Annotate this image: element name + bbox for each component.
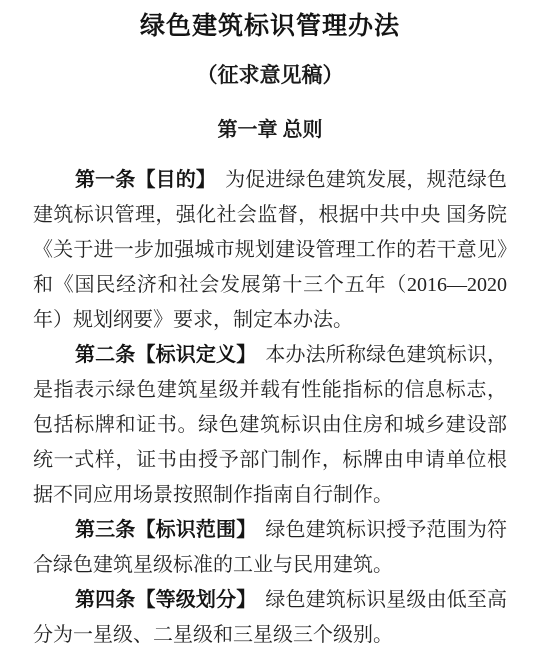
- document-body: 第一条【目的】为促进绿色建筑发展，规范绿色建筑标识管理，强化社会监督，根据中共中…: [33, 163, 507, 653]
- article-1-text: 为促进绿色建筑发展，规范绿色建筑标识管理，强化社会监督，根据中共中央 国务院《关…: [33, 169, 507, 331]
- article-3-paragraph: 第三条【标识范围】绿色建筑标识授予范围为符合绿色建筑星级标准的工业与民用建筑。: [33, 513, 507, 583]
- article-4-number: 第四条【等级划分】: [75, 589, 265, 611]
- document-title: 绿色建筑标识管理办法: [33, 12, 507, 42]
- article-1-paragraph: 第一条【目的】为促进绿色建筑发展，规范绿色建筑标识管理，强化社会监督，根据中共中…: [33, 163, 507, 338]
- article-4-paragraph: 第四条【等级划分】绿色建筑标识星级由低至高分为一星级、二星级和三星级三个级别。: [33, 583, 507, 653]
- article-2-paragraph: 第二条【标识定义】本办法所称绿色建筑标识，是指表示绿色建筑星级并载有性能指标的信…: [33, 338, 507, 513]
- document-subtitle: （征求意见稿）: [33, 61, 507, 89]
- article-2-number: 第二条【标识定义】: [75, 344, 265, 366]
- document-page: 绿色建筑标识管理办法 （征求意见稿） 第一章 总则 第一条【目的】为促进绿色建筑…: [0, 0, 537, 655]
- article-3-number: 第三条【标识范围】: [75, 519, 265, 541]
- chapter-heading: 第一章 总则: [33, 116, 507, 144]
- article-2-text: 本办法所称绿色建筑标识，是指表示绿色建筑星级并载有性能指标的信息标志，包括标牌和…: [33, 344, 507, 506]
- article-1-number: 第一条【目的】: [75, 169, 225, 191]
